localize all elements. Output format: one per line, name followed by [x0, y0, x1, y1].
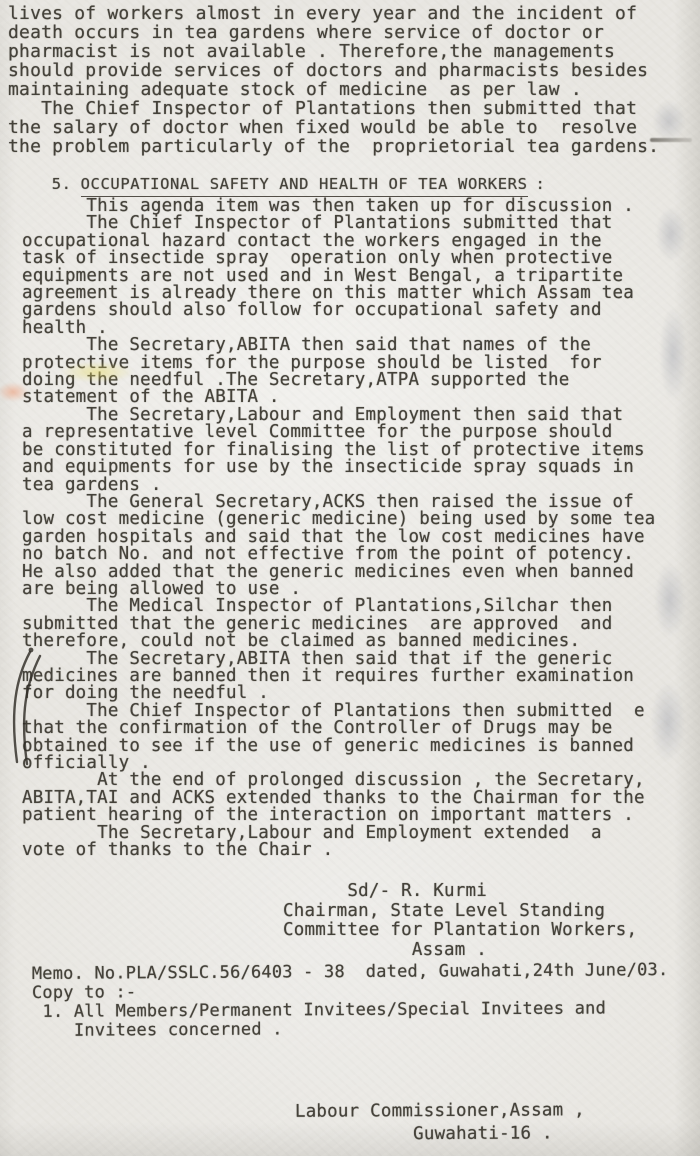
- footer-address: Labour Commissioner,Assam , Guwahati-16 …: [295, 1099, 585, 1147]
- bleedthrough-mark: [654, 288, 692, 420]
- memo-block: Memo. No.PLA/SSLC.56/6403 - 38 dated, Gu…: [32, 961, 669, 1041]
- intro-paragraph: lives of workers almost in every year an…: [8, 4, 659, 156]
- section-number: 5.: [52, 175, 72, 193]
- section-title: OCCUPATIONAL SAFETY AND HEALTH OF TEA WO…: [81, 175, 528, 197]
- bleedthrough-mark: [650, 196, 692, 272]
- handwritten-margin-bracket: [0, 644, 50, 770]
- signature-block: Sd/- R. Kurmi Chairman, State Level Stan…: [283, 882, 637, 960]
- scanned-document-page: lives of workers almost in every year an…: [0, 0, 700, 1156]
- body-text: This agenda item was then taken up for d…: [22, 198, 655, 859]
- section-colon: :: [536, 175, 546, 193]
